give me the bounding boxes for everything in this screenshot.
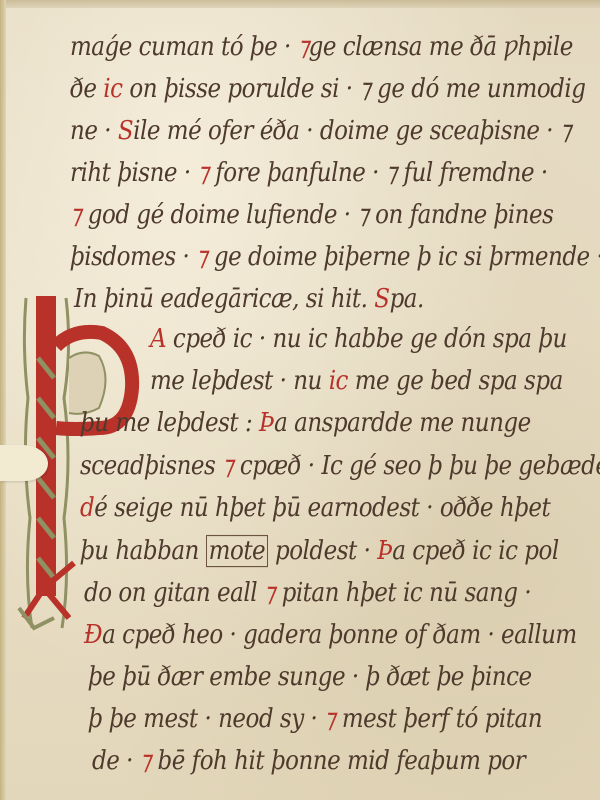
text-line-6: þisdomes · ⁊ ge doime þiþerne þ ic si þr… [70,242,600,272]
manuscript-page: maǵe cuman tó þe · ⁊ge clænsa me ðā ƿhpi… [0,0,600,800]
text-line-2: ðe ic on þisse porulde si · ⁊ ge dó me u… [70,74,585,104]
text-line-1: maǵe cuman tó þe · ⁊ge clænsa me ðā ƿhpi… [70,32,573,62]
parchment-tear [0,445,48,481]
boxed-word: mote [206,535,269,567]
text-line-9: me leþdest · nu ic me ge bed spa spa [150,366,563,396]
text-line-12: dé seige nū hþet þū earnodest · oððe hþe… [80,493,550,523]
text-line-5: ⁊ god gé doime lufiende · ⁊ on fandne þi… [70,200,553,230]
text-line-16: þe þū ðær embe sunge · þ ðæt þe þince [88,662,532,692]
text-line-11: sceadþisnes ⁊ cpæð · Ic gé seo þ þu þe g… [80,451,600,481]
text-line-15: Ða cpeð heo · gadera þonne of ðam · eall… [84,620,577,650]
text-line-17: þ þe mest · neod sy · ⁊ mest þerf tó pit… [88,704,542,734]
text-line-8: A cpeð ic · nu ic habbe ge dón spa þu [150,324,567,354]
page-top-edge [0,0,600,8]
text-line-4: riht þisne · ⁊ fore þanfulne · ⁊ ful fre… [70,158,548,188]
text-line-18: de · ⁊ bē foh hit þonne mid feaþum por [92,746,525,776]
text-line-14: do on gitan eall ⁊ pitan hþet ic nū sang… [84,578,531,608]
text-line-7: In þinū eadegāricæ, si hit. Spa. [74,284,424,314]
text-line-13: þu habban mote poldest · Þa cpeð ic ic p… [80,536,559,566]
text-line-3: ne · Sile mé ofer éða · doime ge sceaþis… [70,116,571,146]
page-left-edge [0,0,6,800]
text-line-10: þu me leþdest : Þa anspardde me nunge [80,408,531,438]
